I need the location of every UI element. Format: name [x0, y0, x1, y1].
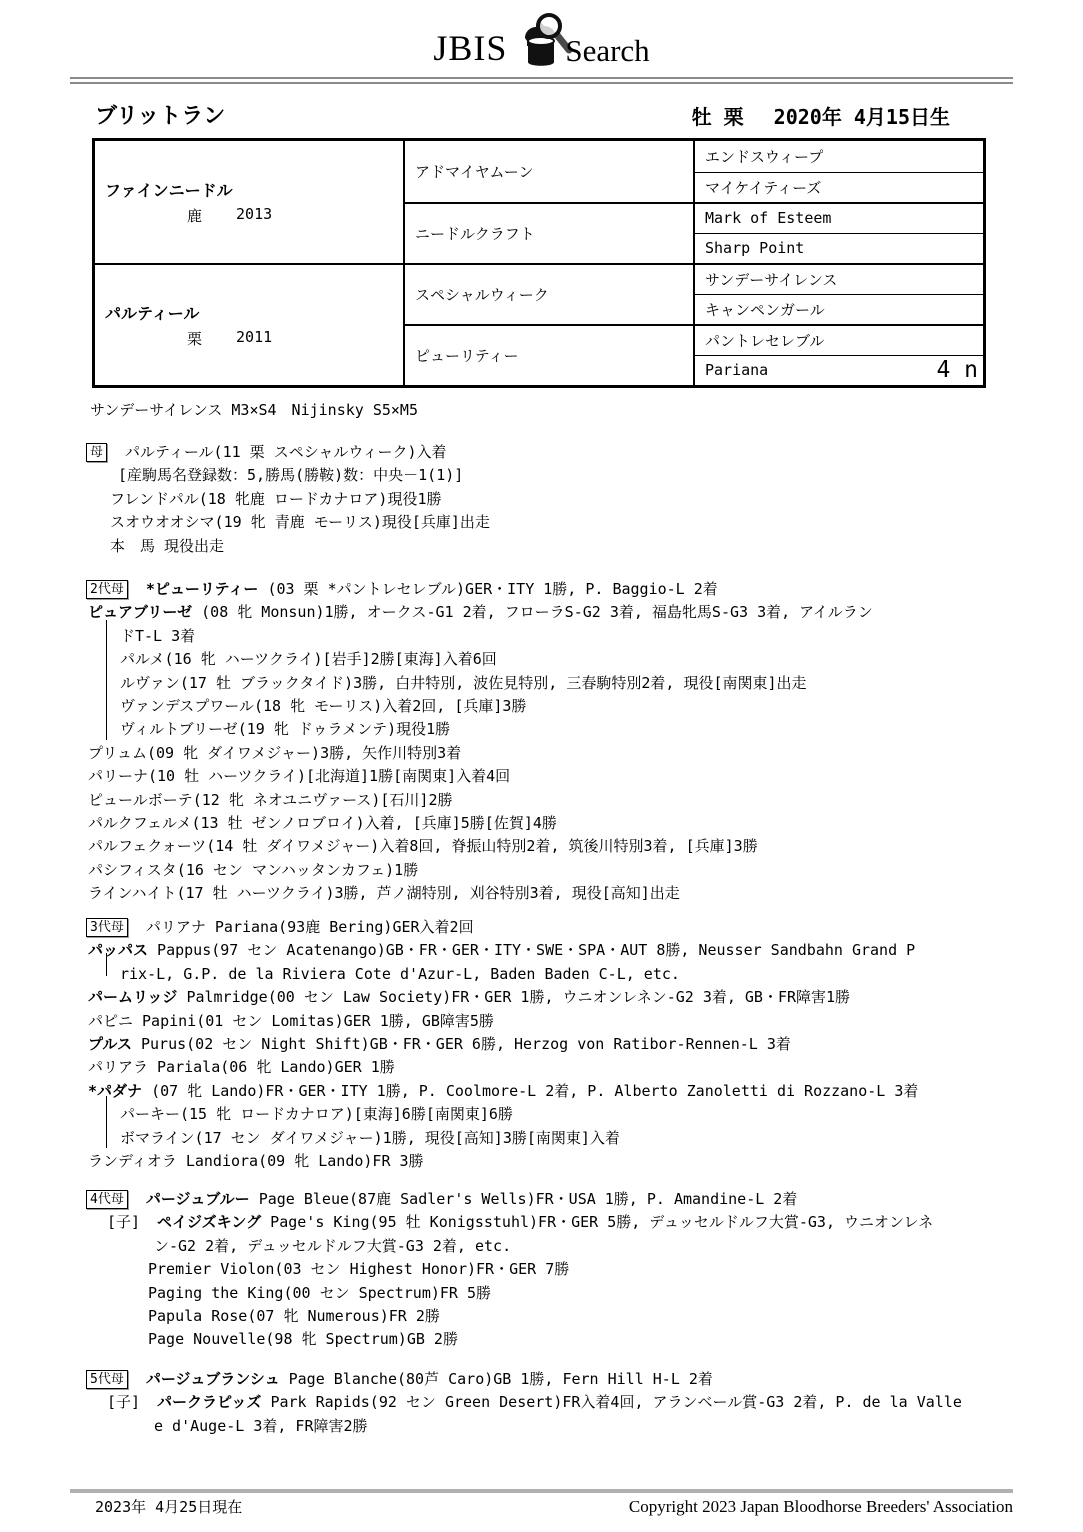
- line-text: パリアナ Pariana(93鹿 Bering)GER入着2回: [146, 918, 474, 936]
- horse-name-bold: パームリッジ: [88, 988, 177, 1006]
- family-number: 4 n: [936, 359, 978, 382]
- line-text: e d'Auge-L 3着, FR障害2勝: [154, 1417, 368, 1435]
- line-text: ラインハイト(17 牡 ハーツクライ)3勝, 芦ノ湖特別, 刈谷特別3着, 現役…: [88, 884, 680, 902]
- line-text: パーキー(15 牝 ロードカナロア)[東海]6勝[南関東]6勝: [120, 1105, 513, 1123]
- sire-dam-cell: ニードルクラフト: [403, 202, 693, 263]
- pedigree-line: ピュールボーテ(12 牝 ネオユニヴァース)[石川]2勝: [86, 789, 1066, 812]
- horse-name-bold: プルス: [88, 1035, 132, 1053]
- line-text: Premier Violon(03 セン Highest Honor)FR・GE…: [148, 1260, 569, 1278]
- child-prefix-label: [子]: [107, 1391, 148, 1414]
- pedigree-line: パリーナ(10 牡 ハーツクライ)[北海道]1勝[南関東]入着4回: [86, 765, 1066, 788]
- sire-coat: 鹿: [187, 205, 202, 226]
- line-text: ルヴァン(17 牡 ブラックタイド)3勝, 白井特別, 波佐見特別, 三春駒特別…: [120, 674, 807, 692]
- pedigree-line: ヴィルトブリーゼ(19 牝 ドゥラメンテ)現役1勝: [86, 718, 1066, 741]
- pedigree-line: ランディオラ Landiora(09 牝 Lando)FR 3勝: [86, 1150, 1066, 1173]
- footer-copyright: Copyright 2023 Japan Bloodhorse Breeders…: [629, 1497, 1013, 1517]
- horse-sex-coat-birth: 牡 栗 2020年 4月15日生: [692, 101, 950, 130]
- line-text: Pappus(97 セン Acatenango)GB・FR・GER・ITY・SW…: [157, 941, 915, 959]
- dam-year: 2011: [236, 328, 272, 349]
- dam-dam-cell: ピューリティー: [403, 324, 693, 385]
- line-text: Paging the King(00 セン Spectrum)FR 5勝: [148, 1284, 491, 1302]
- line-text: (07 牝 Lando)FR・GER・ITY 1勝, P. Coolmore-L…: [151, 1082, 918, 1100]
- dam-coat: 栗: [187, 328, 202, 349]
- dam-cell: パルティール 栗 2011: [95, 263, 403, 385]
- sire-detail: 鹿 2013: [105, 205, 272, 226]
- generation-label: 母: [86, 443, 107, 462]
- horse-name-bold: パークラピッズ: [157, 1393, 261, 1411]
- footer-row: 2023年 4月25日現在 Copyright 2023 Japan Blood…: [95, 1496, 1013, 1517]
- pedigree-line: Papula Rose(07 牝 Numerous)FR 2勝: [86, 1305, 1066, 1328]
- line-text: Palmridge(00 セン Law Society)FR・GER 1勝, ウ…: [186, 988, 850, 1006]
- line-text: (08 牝 Monsun)1勝, オークス-G1 2着, フローラS-G2 3着…: [201, 603, 873, 621]
- sire-name: ファインニードル: [105, 178, 233, 201]
- line-text: Park Rapids(92 セン Green Desert)FR入着4回, ア…: [270, 1393, 961, 1411]
- sire-year: 2013: [236, 205, 272, 226]
- generation-label: 4代母: [86, 1190, 128, 1209]
- pedigree-table: ファインニードル 鹿 2013 パルティール 栗 2011 アドマイヤムーン ニ…: [92, 138, 986, 388]
- pedigree-line: パルクフェルメ(13 牡 ゼンノロブロイ)入着, [兵庫]5勝[佐賀]4勝: [86, 812, 1066, 835]
- line-text: 本 馬 現役出走: [110, 537, 224, 555]
- tree-connector-line: [106, 1096, 107, 1148]
- line-text: パルティール(11 栗 スペシャルウィーク)入着: [125, 443, 447, 461]
- line-text: フレンドパル(18 牝鹿 ロードカナロア)現役1勝: [110, 490, 442, 508]
- horse-sex-coat: 牡 栗: [692, 101, 744, 130]
- pedigree-line: 本 馬 現役出走: [86, 535, 1066, 558]
- sire-cell: ファインニードル 鹿 2013: [95, 141, 403, 263]
- generation-label: 3代母: [86, 918, 128, 937]
- child-prefix-label: [子]: [107, 1211, 148, 1234]
- pedigree-line: Paging the King(00 セン Spectrum)FR 5勝: [86, 1282, 1066, 1305]
- horse-name-bold: ピュアブリーゼ: [88, 603, 192, 621]
- pedigree-line: ン-G2 2着, デュッセルドルフ大賞-G3 2着, etc.: [86, 1235, 1066, 1258]
- horse-name-bold: *パダナ: [88, 1082, 142, 1100]
- pedigree-line: プリュム(09 牝 ダイワメジャー)3勝, 矢作川特別3着: [86, 742, 1066, 765]
- line-text: パシフィスタ(16 セン マンハッタンカフェ)1勝: [88, 861, 418, 879]
- great-grandparent-name: Pariana: [705, 361, 768, 379]
- line-text: [産駒馬名登録数：5,勝馬(勝鞍)数：中央－1(1)]: [118, 466, 463, 484]
- great-grandparent-cell: サンデーサイレンス: [693, 263, 983, 294]
- footer-rule: [70, 1489, 1013, 1493]
- pedigree-line: [子] ペイジズキング Page's King(95 牡 Konigsstuhl…: [86, 1211, 1066, 1234]
- line-text: Papula Rose(07 牝 Numerous)FR 2勝: [148, 1307, 440, 1325]
- great-grandparent-cell: パントレセレブル: [693, 324, 983, 355]
- pedigree-line: パーキー(15 牝 ロードカナロア)[東海]6勝[南関東]6勝: [86, 1103, 1066, 1126]
- jbis-search-logo: JBIS Search: [0, 10, 1083, 66]
- pedigree-line: e d'Auge-L 3着, FR障害2勝: [86, 1415, 1066, 1438]
- line-text: ン-G2 2着, デュッセルドルフ大賞-G3 2着, etc.: [154, 1237, 511, 1255]
- pedigree-line: 母 パルティール(11 栗 スペシャルウィーク)入着: [86, 441, 1066, 464]
- horse-name-bold: パッパス: [88, 941, 148, 959]
- pedigree-line: *パダナ (07 牝 Lando)FR・GER・ITY 1勝, P. Coolm…: [86, 1080, 1066, 1103]
- generation-label: 2代母: [86, 580, 128, 599]
- pedigree-line: パリアラ Pariala(06 牝 Lando)GER 1勝: [86, 1056, 1066, 1079]
- line-text: Page Blanche(80芦 Caro)GB 1勝, Fern Hill H…: [289, 1370, 713, 1388]
- line-text: パルメ(16 牝 ハーツクライ)[岩手]2勝[東海]入着6回: [120, 650, 497, 668]
- line-text: ヴァンデスプワール(18 牝 モーリス)入着2回, [兵庫]3勝: [120, 697, 526, 715]
- great-grandparent-cell: マイケイティーズ: [693, 172, 983, 203]
- great-grandparent-cell: エンドスウィープ: [693, 141, 983, 172]
- great-grandparent-cell: Pariana 4 n: [693, 355, 983, 386]
- line-text: ボマライン(17 セン ダイワメジャー)1勝, 現役[高知]3勝[南関東]入着: [120, 1129, 620, 1147]
- great-grandparent-cell: キャンペンガール: [693, 294, 983, 325]
- line-text: Page Nouvelle(98 牝 Spectrum)GB 2勝: [148, 1330, 458, 1348]
- pedigree-line: パルフェクォーツ(14 牡 ダイワメジャー)入着8回, 脊振山特別2着, 筑後川…: [86, 835, 1066, 858]
- tree-connector-line: [106, 953, 107, 976]
- pedigree-line: Premier Violon(03 セン Highest Honor)FR・GE…: [86, 1258, 1066, 1281]
- logo-jbis-text: JBIS: [433, 30, 507, 66]
- pedigree-line: ルヴァン(17 牡 ブラックタイド)3勝, 白井特別, 波佐見特別, 三春駒特別…: [86, 672, 1066, 695]
- line-text: Page Bleue(87鹿 Sadler's Wells)FR・USA 1勝,…: [259, 1190, 798, 1208]
- line-text: (03 栗 *パントレセレブル)GER・ITY 1勝, P. Baggio-L …: [267, 580, 717, 598]
- logo-search-text: Search: [565, 35, 649, 66]
- line-text: ドT-L 3着: [120, 627, 195, 645]
- section-fifth-dam: 5代母 パージュブランシュ Page Blanche(80芦 Caro)GB 1…: [86, 1368, 1066, 1438]
- line-text: パリアラ Pariala(06 牝 Lando)GER 1勝: [88, 1058, 395, 1076]
- line-text: スオウオオシマ(19 牝 青鹿 モーリス)現役[兵庫]出走: [110, 513, 490, 531]
- line-text: Page's King(95 牡 Konigsstuhl)FR・GER 5勝, …: [270, 1213, 933, 1231]
- pedigree-line: ラインハイト(17 牡 ハーツクライ)3勝, 芦ノ湖特別, 刈谷特別3着, 現役…: [86, 882, 1066, 905]
- horse-birthdate: 2020年 4月15日生: [774, 101, 950, 130]
- pedigree-line: フレンドパル(18 牝鹿 ロードカナロア)現役1勝: [86, 488, 1066, 511]
- pedigree-line: 3代母 パリアナ Pariana(93鹿 Bering)GER入着2回: [86, 916, 1066, 939]
- pedigree-line: [子] パークラピッズ Park Rapids(92 セン Green Dese…: [86, 1391, 1066, 1414]
- line-text: rix-L, G.P. de la Riviera Cote d'Azur-L,…: [120, 965, 680, 983]
- dam-sire-cell: スペシャルウィーク: [403, 263, 693, 324]
- footer-as-of-date: 2023年 4月25日現在: [95, 1496, 242, 1517]
- inbreeding-note: サンデーサイレンス M3×S4 Nijinsky S5×M5: [90, 399, 418, 420]
- line-text: パピニ Papini(01 セン Lomitas)GER 1勝, GB障害5勝: [88, 1012, 494, 1030]
- pedigree-line: ボマライン(17 セン ダイワメジャー)1勝, 現役[高知]3勝[南関東]入着: [86, 1127, 1066, 1150]
- pedigree-line: パピニ Papini(01 セン Lomitas)GER 1勝, GB障害5勝: [86, 1010, 1066, 1033]
- dam-detail: 栗 2011: [105, 328, 272, 349]
- tree-connector-line: [106, 620, 107, 740]
- pedigree-line: パッパス Pappus(97 セン Acatenango)GB・FR・GER・I…: [86, 939, 1066, 962]
- pedigree-line: ピュアブリーゼ (08 牝 Monsun)1勝, オークス-G1 2着, フロー…: [86, 601, 1066, 624]
- generation-label: 5代母: [86, 1370, 128, 1389]
- pedigree-line: ヴァンデスプワール(18 牝 モーリス)入着2回, [兵庫]3勝: [86, 695, 1066, 718]
- pedigree-line: 4代母 パージュブルー Page Bleue(87鹿 Sadler's Well…: [86, 1188, 1066, 1211]
- line-text: Purus(02 セン Night Shift)GB・FR・GER 6勝, He…: [141, 1035, 791, 1053]
- section-dam: 母 パルティール(11 栗 スペシャルウィーク)入着 [産駒馬名登録数：5,勝馬…: [86, 441, 1066, 558]
- dam-name: パルティール: [105, 301, 199, 324]
- horse-name-bold: パージュブルー: [146, 1190, 250, 1208]
- section-third-dam: 3代母 パリアナ Pariana(93鹿 Bering)GER入着2回 パッパス…: [86, 916, 1066, 1173]
- pedigree-line: スオウオオシマ(19 牝 青鹿 モーリス)現役[兵庫]出走: [86, 511, 1066, 534]
- line-text: パルクフェルメ(13 牡 ゼンノロブロイ)入着, [兵庫]5勝[佐賀]4勝: [88, 814, 557, 832]
- great-grandparent-cell: Sharp Point: [693, 233, 983, 264]
- line-text: パルフェクォーツ(14 牡 ダイワメジャー)入着8回, 脊振山特別2着, 筑後川…: [88, 837, 758, 855]
- section-second-dam: 2代母 *ピューリティー (03 栗 *パントレセレブル)GER・ITY 1勝,…: [86, 578, 1066, 905]
- line-text: ヴィルトブリーゼ(19 牝 ドゥラメンテ)現役1勝: [120, 720, 450, 738]
- line-text: パリーナ(10 牡 ハーツクライ)[北海道]1勝[南関東]入着4回: [88, 767, 510, 785]
- sire-sire-cell: アドマイヤムーン: [403, 141, 693, 202]
- pedigree-line: 5代母 パージュブランシュ Page Blanche(80芦 Caro)GB 1…: [86, 1368, 1066, 1391]
- horse-title-row: ブリットラン 牡 栗 2020年 4月15日生: [95, 99, 950, 130]
- pedigree-line: パシフィスタ(16 セン マンハッタンカフェ)1勝: [86, 859, 1066, 882]
- horse-name-bold: ペイジズキング: [157, 1213, 261, 1231]
- pedigree-line: プルス Purus(02 セン Night Shift)GB・FR・GER 6勝…: [86, 1033, 1066, 1056]
- jbis-magnifier-horse-icon: [509, 10, 573, 72]
- pedigree-line: パームリッジ Palmridge(00 セン Law Society)FR・GE…: [86, 986, 1066, 1009]
- pedigree-line: 2代母 *ピューリティー (03 栗 *パントレセレブル)GER・ITY 1勝,…: [86, 578, 1066, 601]
- section-fourth-dam: 4代母 パージュブルー Page Bleue(87鹿 Sadler's Well…: [86, 1188, 1066, 1352]
- horse-name-title: ブリットラン: [95, 99, 225, 130]
- line-text: ピュールボーテ(12 牝 ネオユニヴァース)[石川]2勝: [88, 791, 452, 809]
- horse-name-bold: パージュブランシュ: [146, 1370, 280, 1388]
- pedigree-line: パルメ(16 牝 ハーツクライ)[岩手]2勝[東海]入着6回: [86, 648, 1066, 671]
- pedigree-line: ドT-L 3着: [86, 625, 1066, 648]
- pedigree-line: rix-L, G.P. de la Riviera Cote d'Azur-L,…: [86, 963, 1066, 986]
- pedigree-line: [産駒馬名登録数：5,勝馬(勝鞍)数：中央－1(1)]: [86, 464, 1066, 487]
- pedigree-line: Page Nouvelle(98 牝 Spectrum)GB 2勝: [86, 1328, 1066, 1351]
- header-double-rule: [70, 77, 1013, 84]
- horse-name-bold: *ピューリティー: [146, 580, 259, 598]
- great-grandparent-cell: Mark of Esteem: [693, 202, 983, 233]
- line-text: ランディオラ Landiora(09 牝 Lando)FR 3勝: [88, 1152, 424, 1170]
- line-text: プリュム(09 牝 ダイワメジャー)3勝, 矢作川特別3着: [88, 744, 461, 762]
